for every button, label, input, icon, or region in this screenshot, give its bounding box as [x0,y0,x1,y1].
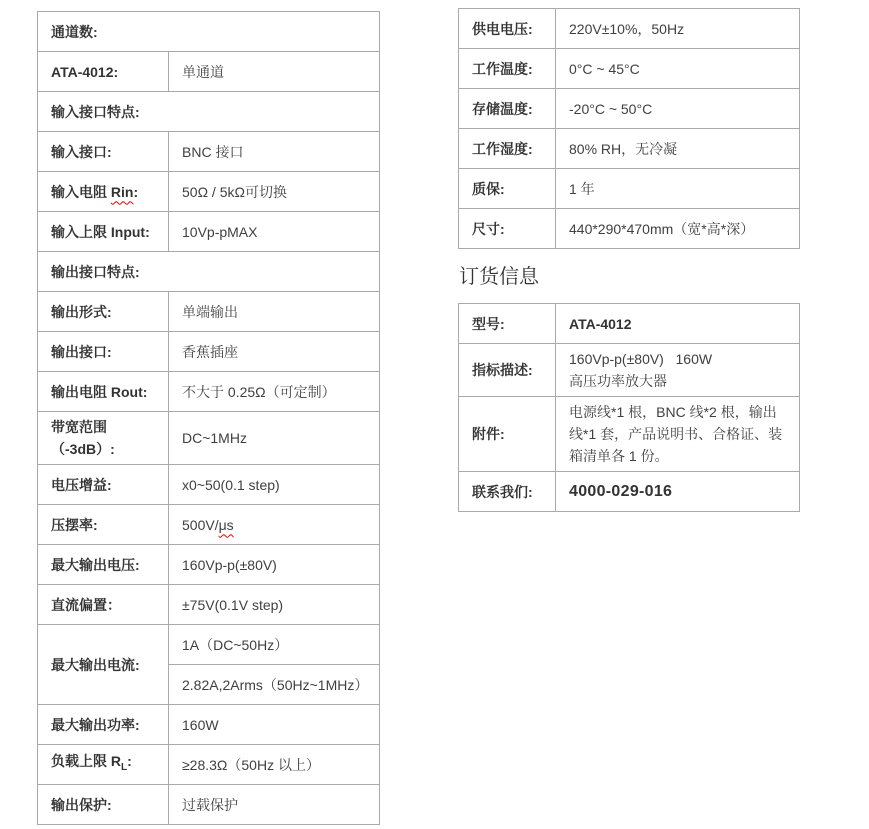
table-row: 输入电阻 Rin:50Ω / 5kΩ可切换 [38,172,380,212]
spec-value-cell: 160Vp-p(±80V) 160W高压功率放大器 [556,344,800,397]
product-spec-table: 通道数:ATA-4012:单通道输入接口特点:输入接口:BNC 接口输入电阻 R… [37,11,380,825]
table-row: 电压增益:x0~50(0.1 step) [38,465,380,505]
table-row: 存储温度:-20°C ~ 50°C [459,89,800,129]
spec-value-cell: 香蕉插座 [169,332,380,372]
table-row: 输出电阻 Rout:不大于 0.25Ω（可定制） [38,372,380,412]
spec-label-cell: 输出电阻 Rout: [38,372,169,412]
spec-label-cell: 供电电压: [459,9,556,49]
table-row: 输入接口:BNC 接口 [38,132,380,172]
spec-label-cell: 带宽范围（-3dB）: [38,412,169,465]
order-info-table-body: 型号:ATA-4012指标描述:160Vp-p(±80V) 160W高压功率放大… [459,304,800,512]
spec-label-cell: 输出形式: [38,292,169,332]
spec-label-cell: 质保: [459,169,556,209]
spec-label-cell: 最大输出电压: [38,545,169,585]
text-segment: 500V/ [182,517,219,533]
product-spec-panel: 通道数:ATA-4012:单通道输入接口特点:输入接口:BNC 接口输入电阻 R… [37,11,380,825]
spec-label-cell: ATA-4012: [38,52,169,92]
spec-value-cell: 单端输出 [169,292,380,332]
text-segment: : [133,184,138,200]
order-info-table: 型号:ATA-4012指标描述:160Vp-p(±80V) 160W高压功率放大… [458,303,800,512]
spec-label-cell: 负载上限 RL: [38,745,169,785]
table-row: 指标描述:160Vp-p(±80V) 160W高压功率放大器 [459,344,800,397]
table-row: 型号:ATA-4012 [459,304,800,344]
spec-value-cell: 过载保护 [169,785,380,825]
spec-value-cell: 160W [169,705,380,745]
spec-value-cell: 10Vp-pMAX [169,212,380,252]
table-row: 联系我们:4000-029-016 [459,472,800,512]
spec-label-cell: 最大输出功率: [38,705,169,745]
spec-label-cell: 最大输出电流: [38,625,169,705]
table-row: 输入接口特点: [38,92,380,132]
right-panel: 供电电压:220V±10%，50Hz工作温度:0°C ~ 45°C存储温度:-2… [458,8,799,512]
spec-label-cell: 直流偏置： [38,585,169,625]
text-segment: 负载上限 R [51,753,121,769]
table-row: 压摆率:500V/μs [38,505,380,545]
table-row: 输出接口:香蕉插座 [38,332,380,372]
table-row: 质保:1 年 [459,169,800,209]
environment-spec-table-body: 供电电压:220V±10%，50Hz工作温度:0°C ~ 45°C存储温度:-2… [459,9,800,249]
table-row: 输出保护:过载保护 [38,785,380,825]
section-header-cell: 输入接口特点: [38,92,380,132]
table-row: 通道数: [38,12,380,52]
table-row: 负载上限 RL:≥28.3Ω（50Hz 以上） [38,745,380,785]
spec-value-cell: 0°C ~ 45°C [556,49,800,89]
spec-value-cell: 4000-029-016 [556,472,800,512]
table-row: 最大输出功率:160W [38,705,380,745]
spec-label-cell: 输出接口: [38,332,169,372]
text-segment: : [127,753,132,769]
spec-label-cell: 输入上限 Input: [38,212,169,252]
spec-label-cell: 输入电阻 Rin: [38,172,169,212]
order-info-heading: 订货信息 [459,264,799,290]
table-row: 供电电压:220V±10%，50Hz [459,9,800,49]
spec-label-cell: 附件: [459,397,556,472]
spec-value-cell: DC~1MHz [169,412,380,465]
spec-value-cell: 50Ω / 5kΩ可切换 [169,172,380,212]
section-header-cell: 输出接口特点: [38,252,380,292]
table-row: 直流偏置：±75V(0.1V step) [38,585,380,625]
table-row: 工作温度:0°C ~ 45°C [459,49,800,89]
spec-value-cell: x0~50(0.1 step) [169,465,380,505]
spec-label-cell: 输入接口: [38,132,169,172]
product-spec-table-body: 通道数:ATA-4012:单通道输入接口特点:输入接口:BNC 接口输入电阻 R… [38,12,380,825]
table-row: ATA-4012:单通道 [38,52,380,92]
spec-label-cell: 工作湿度: [459,129,556,169]
table-row: 输入上限 Input:10Vp-pMAX [38,212,380,252]
section-header-cell: 通道数: [38,12,380,52]
environment-spec-table: 供电电压:220V±10%，50Hz工作温度:0°C ~ 45°C存储温度:-2… [458,8,800,249]
misspell-squiggle-text: Rin [111,184,134,200]
spec-label-cell: 工作温度: [459,49,556,89]
table-row: 附件:电源线*1 根，BNC 线*2 根，输出线*1 套，产品说明书、合格证、装… [459,397,800,472]
spec-label-cell: 联系我们: [459,472,556,512]
spec-value-cell: 160Vp-p(±80V) [169,545,380,585]
text-segment: 高压功率放大器 [569,373,667,389]
spec-value-cell: ≥28.3Ω（50Hz 以上） [169,745,380,785]
table-row: 最大输出电压:160Vp-p(±80V) [38,545,380,585]
misspell-squiggle-text: μs [219,517,234,533]
spec-value-cell: BNC 接口 [169,132,380,172]
spec-value-cell: -20°C ~ 50°C [556,89,800,129]
spec-value-cell: ±75V(0.1V step) [169,585,380,625]
spec-value-cell: ATA-4012 [556,304,800,344]
text-segment: 160Vp-p(±80V) 160W [569,351,712,367]
table-row: 输出接口特点: [38,252,380,292]
spec-value-cell: 500V/μs [169,505,380,545]
spec-label-cell: 压摆率: [38,505,169,545]
spec-value-cell: 80% RH，无冷凝 [556,129,800,169]
table-row: 工作湿度:80% RH，无冷凝 [459,129,800,169]
text-segment: 输入电阻 [51,184,111,200]
spec-value-cell: 不大于 0.25Ω（可定制） [169,372,380,412]
table-row: 最大输出电流:1A（DC~50Hz） [38,625,380,665]
table-row: 尺寸:440*290*470mm（宽*高*深） [459,209,800,249]
spec-value-cell: 电源线*1 根，BNC 线*2 根，输出线*1 套，产品说明书、合格证、装箱清单… [556,397,800,472]
spec-value-cell: 2.82A,2Arms（50Hz~1MHz） [169,665,380,705]
spec-value-cell: 单通道 [169,52,380,92]
spec-label-cell: 型号: [459,304,556,344]
spec-label-cell: 存储温度: [459,89,556,129]
spec-label-cell: 输出保护: [38,785,169,825]
spec-value-cell: 1 年 [556,169,800,209]
spec-label-cell: 电压增益: [38,465,169,505]
table-row: 输出形式:单端输出 [38,292,380,332]
spec-label-cell: 尺寸: [459,209,556,249]
spec-value-cell: 220V±10%，50Hz [556,9,800,49]
table-row: 带宽范围（-3dB）:DC~1MHz [38,412,380,465]
spec-value-cell: 1A（DC~50Hz） [169,625,380,665]
spec-label-cell: 指标描述: [459,344,556,397]
spec-value-cell: 440*290*470mm（宽*高*深） [556,209,800,249]
